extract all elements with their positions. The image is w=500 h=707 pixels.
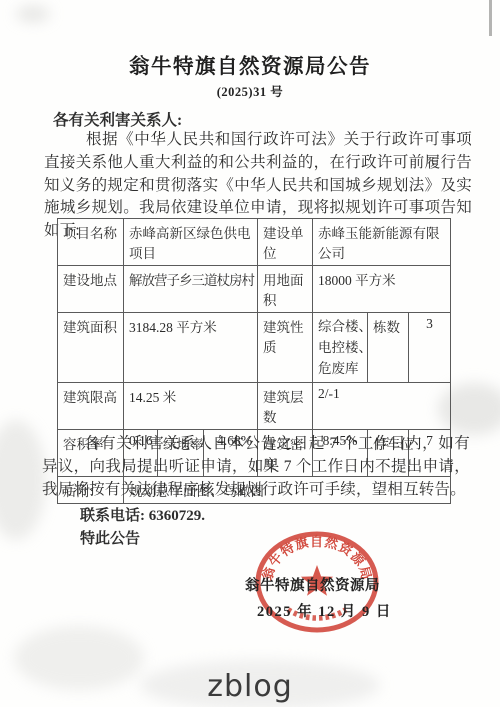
contact-phone: 联系电话: 6360729. xyxy=(80,504,205,525)
document-title: 翁牛特旗自然资源局公告 xyxy=(0,49,500,79)
value-building-nature: 综合楼、 电控楼、 危废库 xyxy=(313,313,368,383)
label-building-area: 建筑面积 xyxy=(58,313,124,383)
value-storeys: 2/-1 xyxy=(313,383,451,430)
signature-date: 2025 年 12 月 9 日 xyxy=(257,600,392,621)
value-site-location: 解放营子乡三道杖房村 xyxy=(124,266,258,313)
scan-edge-artifact xyxy=(489,0,492,36)
scan-smudge xyxy=(16,6,50,22)
building-nature-line: 综合楼、 xyxy=(318,316,362,337)
table-row: 项目名称 赤峰高新区绿色供电项目 建设单位 赤峰玉能新能源有限公司 xyxy=(58,219,451,266)
label-storeys: 建筑层数 xyxy=(258,383,313,430)
label-project-name: 项目名称 xyxy=(58,219,124,266)
building-nature-line: 危废库 xyxy=(318,358,362,379)
site-watermark: zblog xyxy=(0,669,500,704)
table-row: 建筑面积 3184.28 平方米 建筑性质 综合楼、 电控楼、 危废库 栋数 3 xyxy=(58,313,451,383)
value-land-area: 18000 平方米 xyxy=(313,266,451,313)
building-nature-line: 电控楼、 xyxy=(318,337,362,358)
hereby-announced: 特此公告 xyxy=(80,527,140,548)
value-building-area: 3184.28 平方米 xyxy=(124,313,258,383)
scanned-announcement-page: 翁牛特旗自然资源局公告 (2025)31 号 各有关利害关系人: 根据《中华人民… xyxy=(0,0,500,707)
value-construction-unit: 赤峰玉能新能源有限公司 xyxy=(313,219,451,266)
table-row: 建筑限高 14.25 米 建筑层数 2/-1 xyxy=(58,383,451,430)
label-land-area: 用地面积 xyxy=(258,266,313,313)
label-building-count: 栋数 xyxy=(368,313,409,383)
label-construction-unit: 建设单位 xyxy=(258,219,313,266)
scan-smudge xyxy=(0,420,46,540)
value-height-limit: 14.25 米 xyxy=(124,383,258,430)
signature-organization: 翁牛特旗自然资源局 xyxy=(245,574,380,595)
label-building-nature: 建筑性质 xyxy=(258,313,313,383)
label-height-limit: 建筑限高 xyxy=(58,383,124,430)
objection-paragraph: 各有关利害关系人自本公告之日起 7 个工作日内，如有异议，向我局提出听证申请，如… xyxy=(42,433,470,501)
value-project-name: 赤峰高新区绿色供电项目 xyxy=(124,219,258,266)
table-row: 建设地点 解放营子乡三道杖房村 用地面积 18000 平方米 xyxy=(58,266,451,313)
document-number: (2025)31 号 xyxy=(0,82,500,100)
label-site-location: 建设地点 xyxy=(58,266,124,313)
salutation: 各有关利害关系人: xyxy=(53,108,182,130)
value-building-count: 3 xyxy=(409,313,451,383)
